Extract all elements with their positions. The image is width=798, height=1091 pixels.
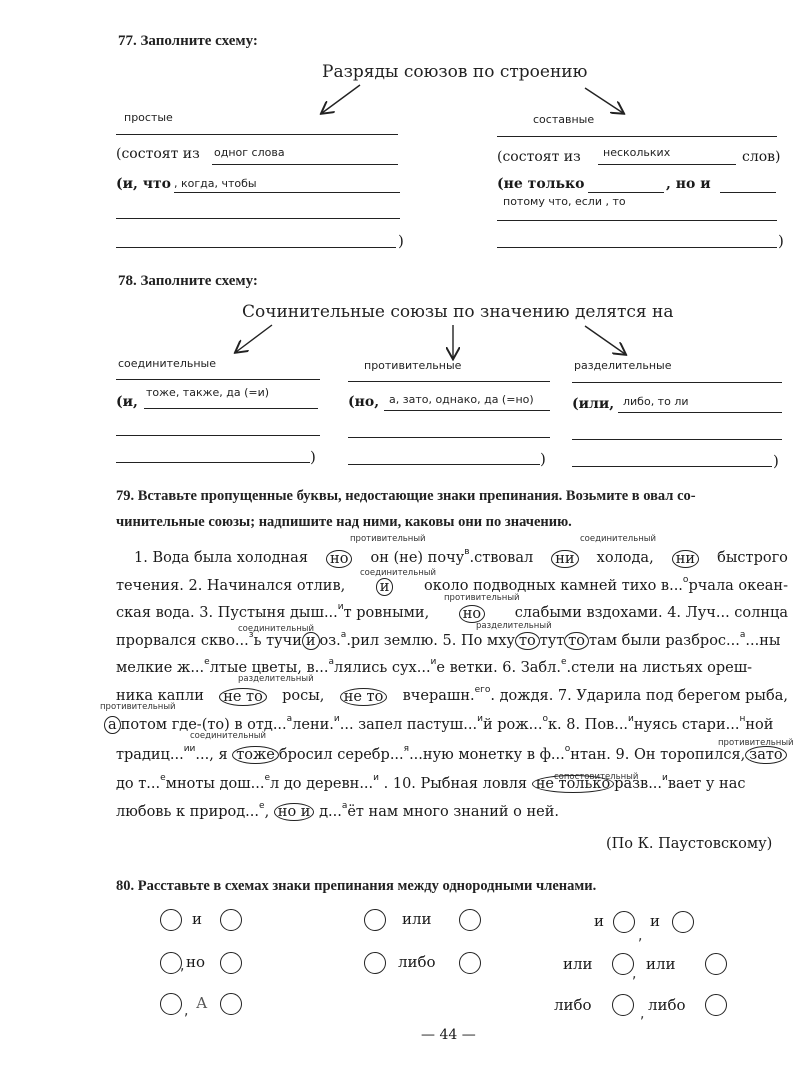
- text-line: ника капли не то росы, не то вчерашн.его…: [116, 688, 788, 706]
- text-line: апотом где-(то) в отд...алени.и... запел…: [104, 716, 788, 734]
- punctuation-slot[interactable]: [459, 952, 481, 974]
- answer-disjunctive-examples[interactable]: либо, то ли: [623, 395, 689, 408]
- text-line: ская вода. 3. Пустыня дыш...ит ровными, …: [116, 605, 788, 623]
- blank-line: [348, 437, 550, 438]
- text-line: прорвался скво...зь тучииоз.а.рил землю.…: [116, 632, 788, 650]
- close-paren: ): [773, 452, 779, 470]
- punctuation-slot[interactable]: [459, 909, 481, 931]
- answer-several[interactable]: нескольких: [603, 146, 670, 159]
- handwritten-comma: ,: [640, 1006, 644, 1022]
- blank-line: [384, 410, 550, 411]
- annotation: соединительный: [360, 568, 436, 578]
- attribution: (По К. Паустовскому): [606, 836, 772, 852]
- answer-one-word[interactable]: одног слова: [214, 146, 285, 159]
- close-paren: ): [540, 450, 546, 468]
- answer-simple-examples[interactable]: , когда, чтобы: [174, 177, 257, 190]
- blank-line: [720, 192, 776, 193]
- blank-line: [116, 435, 320, 436]
- close-paren: ): [778, 232, 784, 250]
- label-examples-left: (и, что: [116, 176, 171, 192]
- blank-line: [174, 192, 400, 193]
- answer-simple-category[interactable]: простые: [124, 111, 173, 124]
- label-examples-right: (не только: [497, 176, 585, 192]
- scheme-word: либо: [398, 953, 436, 971]
- conjunction-oval[interactable]: не только: [532, 775, 615, 793]
- task-78-title: 78. Заполните схему:: [118, 273, 258, 290]
- close-paren: ): [398, 232, 404, 250]
- text-line: мелкие ж...елтые цветы, в...алялись сух.…: [116, 660, 788, 676]
- task-79-title-line2: чинительные союзы; надпишите над ними, к…: [116, 514, 572, 531]
- scheme-word: но: [186, 953, 205, 971]
- page-number: — 44 —: [421, 1027, 476, 1043]
- label-words-suffix: слов): [742, 149, 781, 165]
- conjunction-oval[interactable]: но и: [274, 803, 315, 821]
- blank-line: [572, 439, 782, 440]
- conjunction-oval[interactable]: зато: [745, 746, 786, 764]
- blank-line: [116, 379, 320, 380]
- text-line: 1. Вода была холодная но он (не) почув.с…: [134, 550, 788, 568]
- scheme-word: А: [196, 994, 207, 1012]
- conjunction-oval[interactable]: а: [104, 716, 121, 734]
- conjunction-oval[interactable]: но: [326, 550, 352, 568]
- answer-connective[interactable]: соединительные: [118, 357, 216, 370]
- punctuation-slot[interactable]: [705, 994, 727, 1016]
- scheme-word: либо: [554, 996, 592, 1014]
- answer-compound-category[interactable]: составные: [533, 113, 594, 126]
- scheme-word: или: [563, 955, 593, 973]
- conjunction-oval[interactable]: не то: [219, 688, 267, 706]
- blank-line: [618, 412, 782, 413]
- conjunction-oval[interactable]: то: [564, 632, 589, 650]
- blank-line: [116, 134, 398, 135]
- blank-line: [212, 164, 398, 165]
- handwritten-comma: ,: [184, 1003, 188, 1019]
- label-consist-of-left: (состоят из: [116, 146, 200, 162]
- blank-line: [144, 408, 318, 409]
- close-paren: ): [310, 448, 316, 466]
- label-consist-of-right: (состоят из: [497, 149, 581, 165]
- punctuation-slot[interactable]: [613, 911, 635, 933]
- punctuation-slot[interactable]: [705, 953, 727, 975]
- task-79-title-line1: 79. Вставьте пропущенные буквы, недостаю…: [116, 488, 696, 505]
- label-but-also: , но и: [666, 176, 711, 192]
- text-line: до т...емноты дош...ел до деревн...и . 1…: [116, 775, 788, 793]
- blank-line: [497, 247, 777, 248]
- task-80-title: 80. Расставьте в схемах знаки препинания…: [116, 878, 596, 895]
- scheme-word: и: [192, 910, 202, 928]
- blank-line: [348, 381, 550, 382]
- punctuation-slot[interactable]: [612, 994, 634, 1016]
- blank-line: [572, 382, 782, 383]
- label-and: (и,: [116, 394, 138, 410]
- punctuation-slot[interactable]: [160, 993, 182, 1015]
- blank-line: [497, 136, 777, 137]
- punctuation-slot[interactable]: [220, 952, 242, 974]
- scheme-word: и: [650, 912, 660, 930]
- conjunction-oval[interactable]: тоже: [232, 746, 279, 764]
- handwritten-comma: ,: [638, 928, 642, 944]
- blank-line: [348, 464, 540, 465]
- answer-adversative-examples[interactable]: а, зато, однако, да (=но): [389, 393, 534, 406]
- task-78-scheme-title: Сочинительные союзы по значению делятся …: [242, 302, 674, 322]
- blank-line: [598, 164, 736, 165]
- punctuation-slot[interactable]: [672, 911, 694, 933]
- annotation: соединительный: [580, 534, 656, 544]
- punctuation-slot[interactable]: [364, 909, 386, 931]
- label-but: (но,: [348, 394, 379, 410]
- scheme-word: и: [594, 912, 604, 930]
- conjunction-oval[interactable]: и: [302, 632, 320, 650]
- answer-connective-examples[interactable]: тоже, также, да (=и): [146, 386, 269, 399]
- label-or: (или,: [572, 396, 614, 412]
- text-line: традиц...ии..., я тожебросил серебр...я.…: [116, 746, 788, 764]
- answer-adversative[interactable]: противительные: [364, 359, 461, 372]
- punctuation-slot[interactable]: [612, 953, 634, 975]
- conjunction-oval[interactable]: ни: [672, 550, 699, 568]
- answer-disjunctive[interactable]: разделительные: [574, 359, 671, 372]
- blank-line: [116, 218, 400, 219]
- blank-line: [116, 462, 310, 463]
- blank-line: [588, 192, 664, 193]
- blank-line: [497, 220, 777, 221]
- punctuation-slot[interactable]: [160, 952, 182, 974]
- scheme-word: или: [646, 955, 676, 973]
- punctuation-slot[interactable]: [160, 909, 182, 931]
- conjunction-oval[interactable]: ни: [551, 550, 578, 568]
- punctuation-slot[interactable]: [220, 993, 242, 1015]
- scheme-word: или: [402, 910, 432, 928]
- handwritten-comma: ,: [180, 958, 184, 974]
- conjunction-oval[interactable]: не то: [340, 688, 388, 706]
- text-line: течения. 2. Начинался отлив, и около под…: [116, 578, 788, 596]
- text-line: любовь к природ...е, но и д...аёт нам мн…: [116, 803, 788, 821]
- conjunction-oval[interactable]: и: [376, 578, 394, 596]
- blank-line: [572, 466, 772, 467]
- answer-compound-examples[interactable]: потому что, если , то: [503, 195, 626, 208]
- conjunction-oval[interactable]: но: [459, 605, 485, 623]
- blank-line: [116, 247, 396, 248]
- conjunction-oval[interactable]: то: [515, 632, 540, 650]
- punctuation-slot[interactable]: [220, 909, 242, 931]
- annotation: противительный: [350, 534, 426, 544]
- scheme-word: либо: [648, 996, 686, 1014]
- punctuation-slot[interactable]: [364, 952, 386, 974]
- handwritten-comma: ,: [632, 966, 636, 982]
